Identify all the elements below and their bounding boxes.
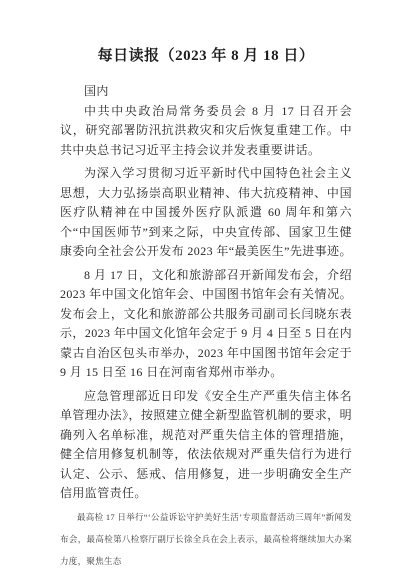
section-heading-domestic: 国内 [60, 82, 352, 102]
paragraph-most-beautiful-doctors: 为深入学习贯彻习近平新时代中国特色社会主义思想，大力弘扬崇高职业精神、伟大抗疫精… [60, 164, 352, 262]
document-page: 每日读报（2023 年 8 月 18 日） 国内 中共中央政治局常务委员会 8 … [0, 0, 410, 580]
paragraph-politburo-flood-meeting: 中共中央政治局常务委员会 8 月 17 日召开会议，研究部署防汛抗洪救灾和灾后恢… [60, 102, 352, 161]
paragraph-emergency-management-rules: 应急管理部近日印发《安全生产严重失信主体名单管理办法》，按照建立健全新型监管机制… [60, 387, 352, 504]
document-title: 每日读报（2023 年 8 月 18 日） [60, 46, 352, 66]
paragraph-procuratorate-footnote: 最高检 17 日举行“‘公益诉讼守护美好生活’专项监督活动三周年”新闻发布会，最… [60, 506, 352, 572]
paragraph-culture-tourism-press-conference: 8 月 17 日，文化和旅游部召开新闻发布会，介绍 2023 年中国文化馆年会、… [60, 266, 352, 383]
